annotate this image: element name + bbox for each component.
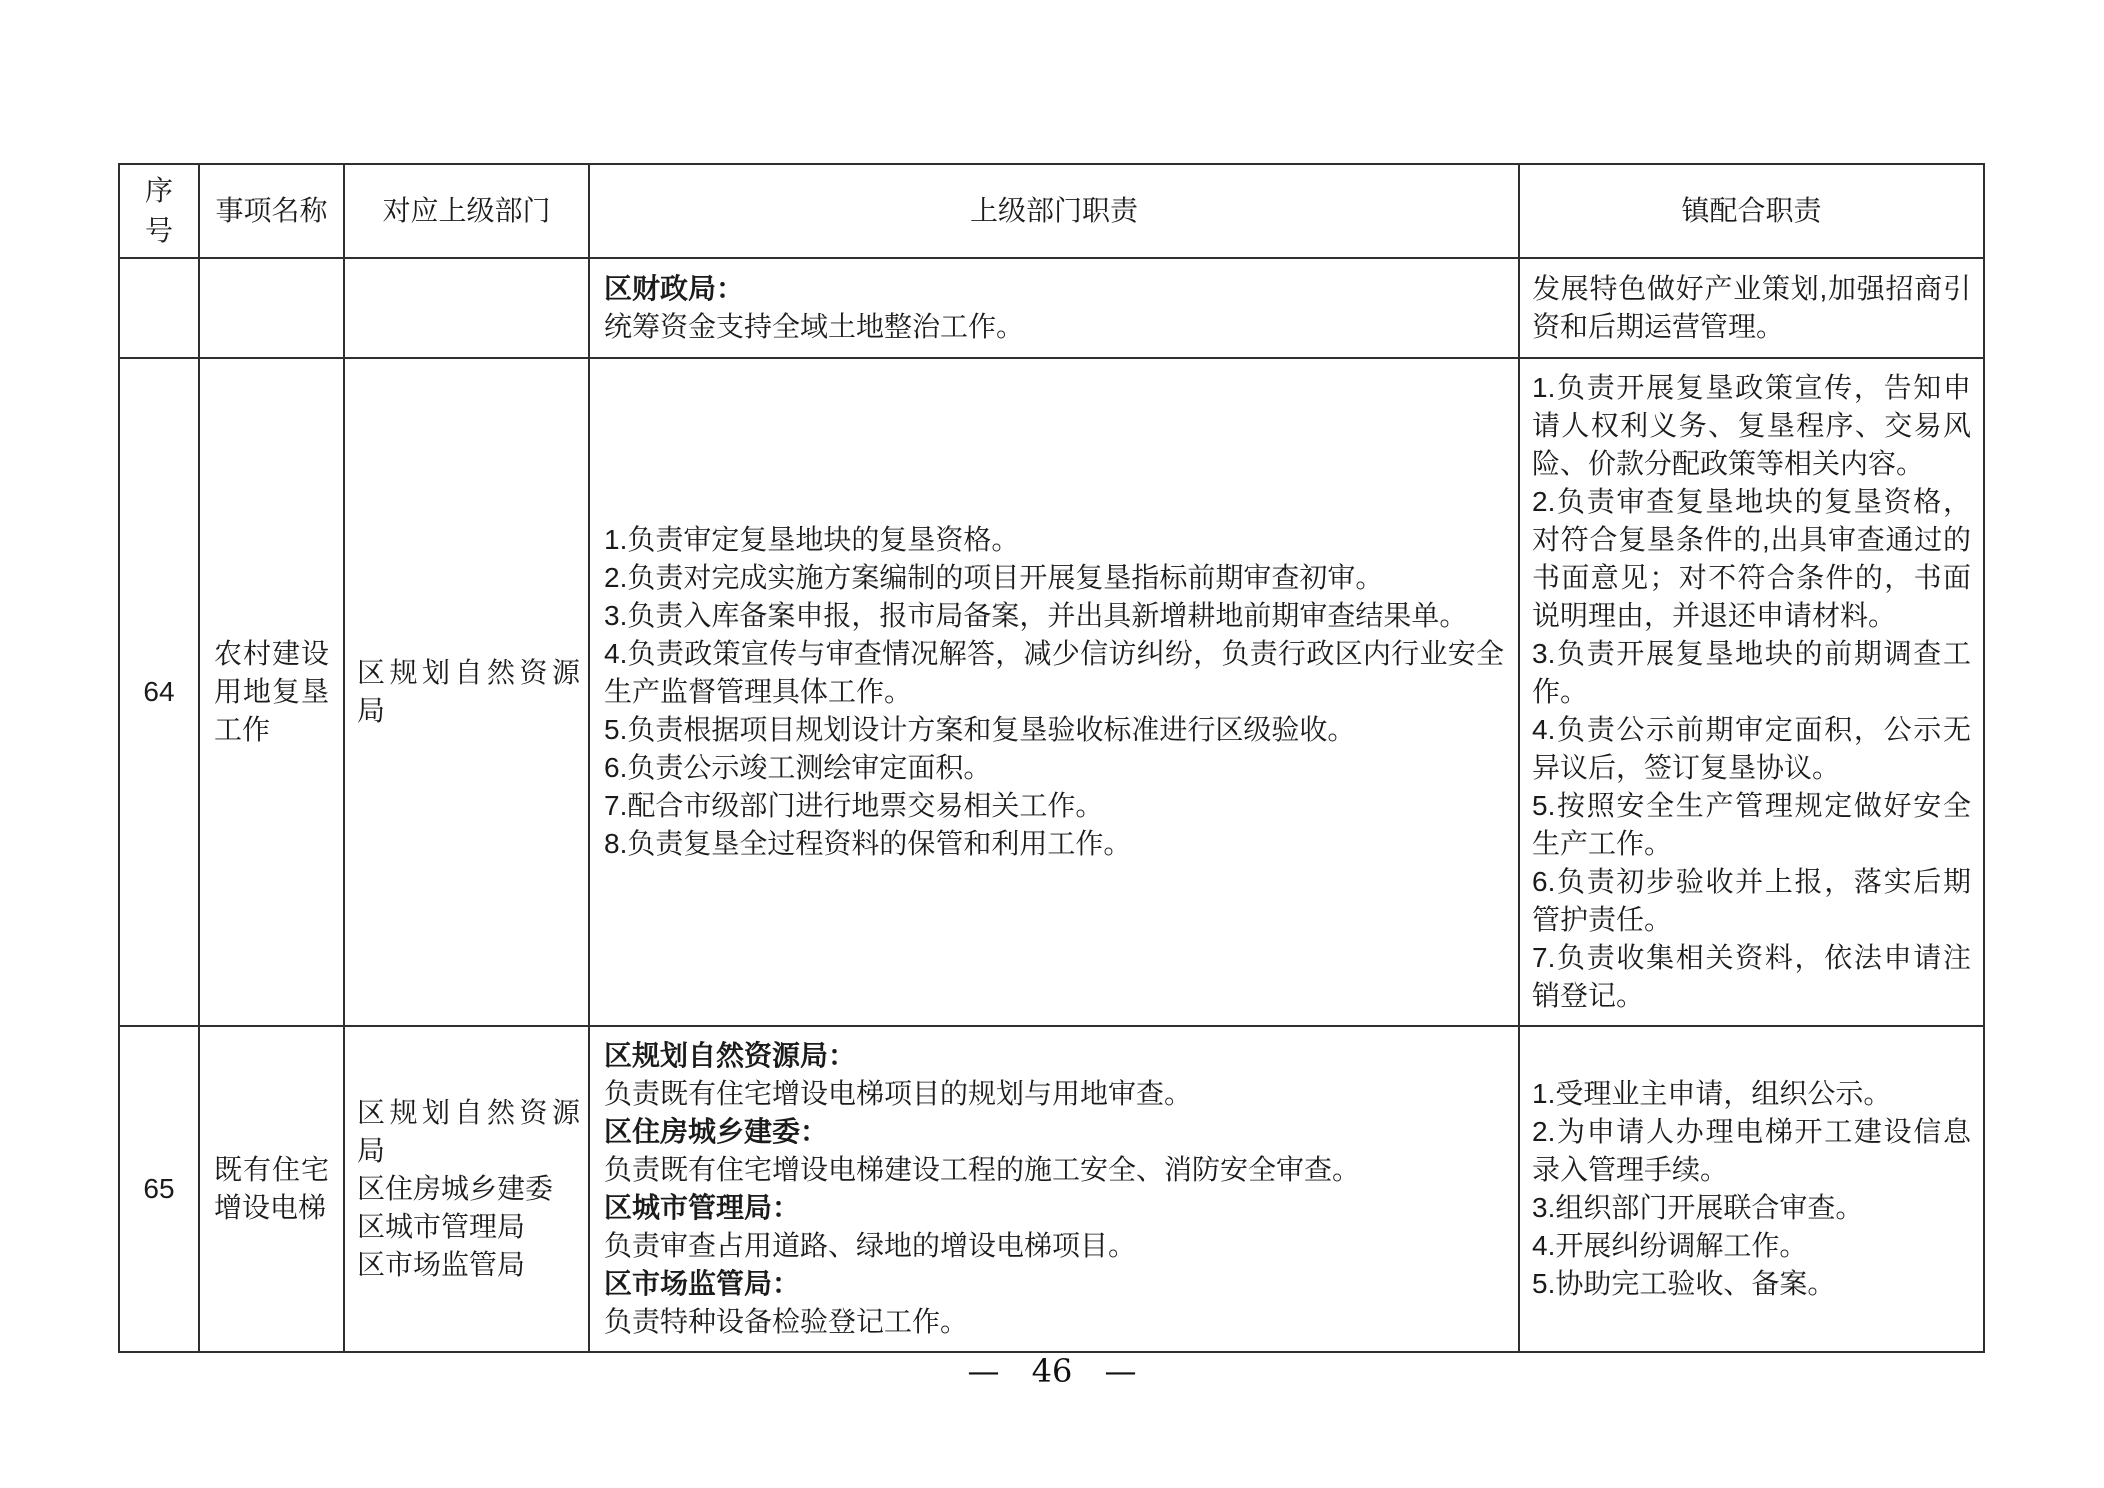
- header-town-duties: 镇配合职责: [1519, 164, 1984, 258]
- serial-cell: [119, 258, 199, 358]
- page-number: — 46 —: [0, 1352, 2104, 1390]
- dept-cell: [344, 258, 589, 358]
- header-serial-number: 序号: [119, 164, 199, 258]
- row-65: 65 既有住宅增设电梯 区规划自然资源局区住房城乡建委区城市管理局区市场监管局 …: [119, 1026, 1984, 1352]
- dept-cell: 区规划自然资源局区住房城乡建委区城市管理局区市场监管局: [344, 1026, 589, 1352]
- town-duties-cell: 发展特色做好产业策划,加强招商引资和后期运营管理。: [1519, 258, 1984, 358]
- dept-cell: 区规划自然资源局: [344, 358, 589, 1026]
- table-header-row: 序号 事项名称 对应上级部门 上级部门职责 镇配合职责: [119, 164, 1984, 258]
- serial-cell: 65: [119, 1026, 199, 1352]
- superior-duties-cell: 区规划自然资源局：负责既有住宅增设电梯项目的规划与用地审查。区住房城乡建委：负责…: [589, 1026, 1519, 1352]
- item-name-cell: 农村建设用地复垦工作: [199, 358, 344, 1026]
- superior-duties-cell: 1.负责审定复垦地块的复垦资格。2.负责对完成实施方案编制的项目开展复垦指标前期…: [589, 358, 1519, 1026]
- header-superior-duties: 上级部门职责: [589, 164, 1519, 258]
- row-continuation: 区财政局：统筹资金支持全域土地整治工作。 发展特色做好产业策划,加强招商引资和后…: [119, 258, 1984, 358]
- header-superior-department: 对应上级部门: [344, 164, 589, 258]
- document-page: 序号 事项名称 对应上级部门 上级部门职责 镇配合职责 区财政局：统筹资金支持全…: [0, 0, 2104, 1488]
- header-serial-number-label: 序号: [142, 171, 176, 251]
- row-64: 64 农村建设用地复垦工作 区规划自然资源局 1.负责审定复垦地块的复垦资格。2…: [119, 358, 1984, 1026]
- item-name-cell: [199, 258, 344, 358]
- serial-cell: 64: [119, 358, 199, 1026]
- superior-duties-cell: 区财政局：统筹资金支持全域土地整治工作。: [589, 258, 1519, 358]
- item-name-cell: 既有住宅增设电梯: [199, 1026, 344, 1352]
- header-item-name: 事项名称: [199, 164, 344, 258]
- town-duties-cell: 1.受理业主申请，组织公示。2.为申请人办理电梯开工建设信息录入管理手续。3.组…: [1519, 1026, 1984, 1352]
- responsibilities-table: 序号 事项名称 对应上级部门 上级部门职责 镇配合职责 区财政局：统筹资金支持全…: [118, 163, 1985, 1353]
- town-duties-cell: 1.负责开展复垦政策宣传，告知申请人权利义务、复垦程序、交易风险、价款分配政策等…: [1519, 358, 1984, 1026]
